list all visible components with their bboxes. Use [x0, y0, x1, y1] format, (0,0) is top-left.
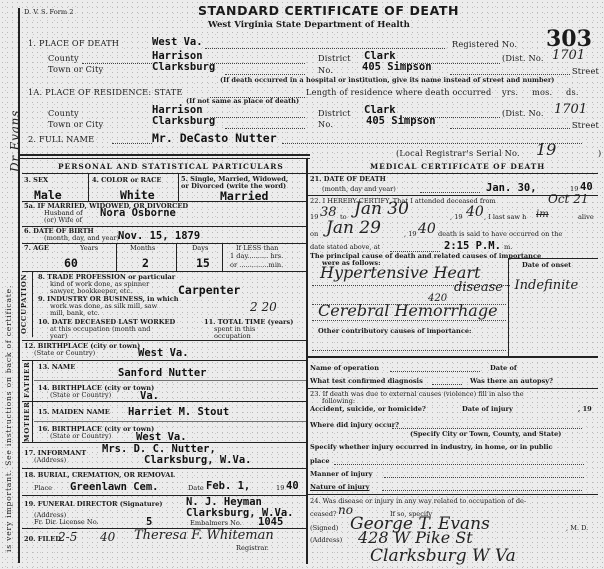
- date-of-death-label-2: (month, day and year): [322, 185, 396, 193]
- injury-year-prefix: , 19: [578, 405, 592, 413]
- date-stated-label: date stated above, at: [310, 243, 380, 251]
- medical-section-title: MEDICAL CERTIFICATE OF DEATH: [370, 162, 545, 171]
- external-label-2: following:: [322, 397, 355, 405]
- md-label: , M. D.: [566, 524, 588, 532]
- death-county-label: County: [48, 53, 79, 63]
- residence-mos-label: mos.: [532, 87, 552, 97]
- residence-district-label: District: [318, 108, 351, 118]
- embalmer-label: Embalmers No.: [190, 519, 242, 527]
- total-time-label-3: occupation: [214, 332, 251, 340]
- cause-2: Cerebral Hemorrhage: [318, 301, 498, 320]
- last-saw-date: Jan 29: [326, 218, 381, 238]
- years-label: Years: [80, 244, 98, 252]
- attended-from: Oct 21: [548, 192, 588, 206]
- informant-address: Clarksburg, W.Va.: [144, 454, 251, 466]
- death-district-label: District: [318, 53, 351, 63]
- operation-label: Name of operation: [310, 364, 379, 372]
- residence-town-label: Town or City: [48, 119, 103, 129]
- age-months: 2: [142, 256, 149, 270]
- license-label: Fr. Dir. License No.: [34, 518, 99, 526]
- time-of-death: 2:15 P.M.: [444, 240, 501, 252]
- race: White: [120, 188, 155, 202]
- death-no-label: No.: [318, 65, 333, 75]
- less-label-2: 1 day.......... hrs.: [230, 252, 283, 260]
- residence-label: 1a. PLACE OF RESIDENCE: STATE: [28, 87, 183, 97]
- father-side-label: FATHER: [23, 362, 31, 398]
- filed-date: 2-5: [58, 530, 77, 544]
- manner-label: Manner of injury: [310, 470, 372, 478]
- test-label: What test confirmed diagnosis: [310, 377, 423, 385]
- date-of-death-label-1: 21. DATE OF DEATH: [310, 175, 386, 183]
- physician-address-2: Clarksburg W Va: [370, 546, 516, 566]
- death-dist-no-label: (Dist. No.: [502, 53, 544, 63]
- birthplace: West Va.: [138, 347, 189, 359]
- injury-date-label: Date of injury: [462, 405, 513, 413]
- spouse-label-3: (or) Wife of: [44, 216, 82, 224]
- m-label: m.: [504, 243, 512, 251]
- saw-year: 40: [418, 221, 436, 237]
- embalmer-no: 1045: [258, 516, 283, 528]
- physician-address-1: 428 W Pike St: [358, 528, 473, 547]
- days-label: Days: [192, 244, 208, 252]
- occurred-label: death is said to have occurred on the: [438, 230, 562, 238]
- autopsy-label: Was there an autopsy?: [470, 377, 553, 385]
- burial-year-prefix: 19: [276, 484, 284, 492]
- serial-no-label: (Local Registrar's Serial No.: [396, 148, 520, 158]
- months-label: Months: [130, 244, 155, 252]
- death-dist-no: 1701: [552, 48, 585, 63]
- industry-label-3: mill, bank, etc.: [50, 309, 100, 317]
- full-name-label: 2. FULL NAME: [28, 134, 94, 144]
- accident-label: Accident, suicide, or homicide?: [310, 405, 426, 413]
- industry-code: 2 20: [250, 300, 277, 314]
- on-label: on: [310, 230, 318, 238]
- attended-to: Jan 30: [354, 199, 409, 219]
- date-of-birth: Nov. 15, 1879: [118, 230, 200, 242]
- serial-no: 19: [536, 140, 556, 159]
- mother-name-label: 15. MAIDEN NAME: [38, 408, 110, 416]
- margin-handwritten-note: Dr Evans: [8, 110, 22, 172]
- spouse-name: Nora Osborne: [100, 207, 176, 219]
- father-name: Sanford Nutter: [118, 367, 207, 379]
- informant-label-2: (Address): [34, 456, 66, 464]
- mother-maiden-name: Harriet M. Stout: [128, 406, 229, 418]
- death-town: Clarksburg: [152, 61, 215, 73]
- operation-date-label: Date of: [490, 364, 517, 372]
- specify-label: Specify whether injury occurred in indus…: [310, 443, 553, 451]
- address-label: (Address): [310, 536, 342, 544]
- less-label-1: If LESS than: [236, 244, 278, 252]
- father-name-label: 13. NAME: [38, 363, 75, 371]
- hospital-note: (If death occurred in a hospital or inst…: [220, 76, 554, 84]
- burial-date-label: Date: [188, 484, 204, 492]
- filed-label: 20. FILED: [24, 535, 61, 543]
- last-worked-label-3: year): [50, 332, 67, 340]
- license-no: 5: [146, 516, 152, 528]
- age-label: 7. AGE: [24, 244, 49, 252]
- residence-no-label: No.: [318, 119, 333, 129]
- from-year-prefix: 19: [310, 213, 318, 221]
- burial-place: Greenlawn Cem.: [70, 481, 159, 493]
- where-label: Where did injury occur?: [310, 421, 399, 429]
- personal-section-title: PERSONAL AND STATISTICAL PARTICULARS: [58, 162, 284, 171]
- age-years: 60: [64, 256, 78, 270]
- saw-year-prefix: , 19: [404, 230, 417, 238]
- place-of-death-label: 1. PLACE OF DEATH: [28, 38, 119, 48]
- where-note: (Specify City or Town, County, and State…: [410, 430, 561, 438]
- residence-dist-no: 1701: [554, 102, 587, 117]
- death-town-label: Town or City: [48, 64, 103, 74]
- mother-side-label: MOTHER: [23, 401, 31, 442]
- sex: Male: [34, 188, 62, 202]
- birthplace-label-2: (State or Country): [34, 349, 95, 357]
- place-of-death-state: West Va.: [152, 36, 203, 48]
- race-label: 4. COLOR or RACE: [92, 176, 161, 184]
- onset-header: Date of onset: [522, 261, 571, 269]
- certificate-subtitle: West Virginia State Department of Health: [208, 20, 410, 30]
- cause-1-onset: - Indefinite: [506, 278, 578, 293]
- death-street-no: 405 Simpson: [362, 61, 432, 73]
- full-name: Mr. DeCasto Nutter: [152, 131, 277, 145]
- trade-profession: Carpenter: [178, 283, 240, 297]
- mother-birthplace-label-2: (State or Country): [50, 432, 111, 440]
- residence-town: Clarksburg: [152, 115, 215, 127]
- alive-label: alive: [578, 213, 594, 221]
- residence-yrs-label: yrs.: [502, 87, 518, 97]
- to-year-prefix: , 19: [450, 213, 463, 221]
- nature-label: Nature of injury: [310, 483, 369, 491]
- residence-street-label: Street: [572, 120, 599, 130]
- signed-label: (Signed): [310, 524, 338, 532]
- other-causes-label: Other contributory causes of importance:: [318, 327, 471, 335]
- death-street-label: Street: [572, 66, 599, 76]
- residence-ds-label: ds.: [566, 87, 579, 97]
- form-id: D. V. S. Form 2: [24, 8, 73, 16]
- margin-instructions: is very important. See instructions on b…: [4, 285, 13, 552]
- burial-place-label: Place: [34, 484, 52, 492]
- occupation-side-label: OCCUPATION: [20, 273, 28, 334]
- occupation-question-2: ceased?: [310, 510, 337, 518]
- burial-label: 18. BURIAL, CREMATION, OR REMOVAL: [24, 471, 175, 479]
- father-birthplace-label-2: (State or Country): [50, 391, 111, 399]
- dob-label-2: (month, day, and year): [44, 234, 119, 242]
- registrar-label: Registrar.: [236, 544, 269, 552]
- last-saw-struck: im: [536, 209, 549, 220]
- less-label-3: or ..............min.: [230, 261, 283, 269]
- burial-date: Feb. 1,: [206, 480, 250, 492]
- to-year: 40: [466, 204, 484, 220]
- death-certificate-page: Dr Evans is very important. See instruct…: [0, 0, 604, 569]
- funeral-director-label: 19. FUNERAL DIRECTOR (Signature): [24, 500, 162, 508]
- cause-1b: disease: [454, 280, 503, 295]
- residence-length-label: Length of residence where death occurred: [306, 87, 491, 97]
- sex-label: 3. SEX: [24, 176, 48, 184]
- burial-year: 40: [286, 480, 299, 492]
- filed-year: 40: [100, 530, 115, 544]
- residence-street-no: 405 Simpson: [366, 115, 436, 127]
- last-saw-label: , I last saw h: [484, 213, 526, 221]
- trade-label-3: sawyer, bookkeeper, etc.: [50, 287, 132, 295]
- date-of-death: Jan. 30,: [486, 182, 537, 194]
- center-divider: [306, 158, 308, 564]
- registrar-signature: Theresa F. Whiteman: [134, 528, 274, 543]
- residence-dist-no-label: (Dist. No.: [502, 108, 544, 118]
- not-same-note: (If not same as place of death): [186, 97, 299, 105]
- residence-county-label: County: [48, 108, 79, 118]
- age-days: 15: [196, 256, 210, 270]
- registered-no-label: Registered No.: [452, 39, 517, 49]
- place-label: place: [310, 457, 330, 465]
- certificate-title: STANDARD CERTIFICATE OF DEATH: [198, 3, 459, 18]
